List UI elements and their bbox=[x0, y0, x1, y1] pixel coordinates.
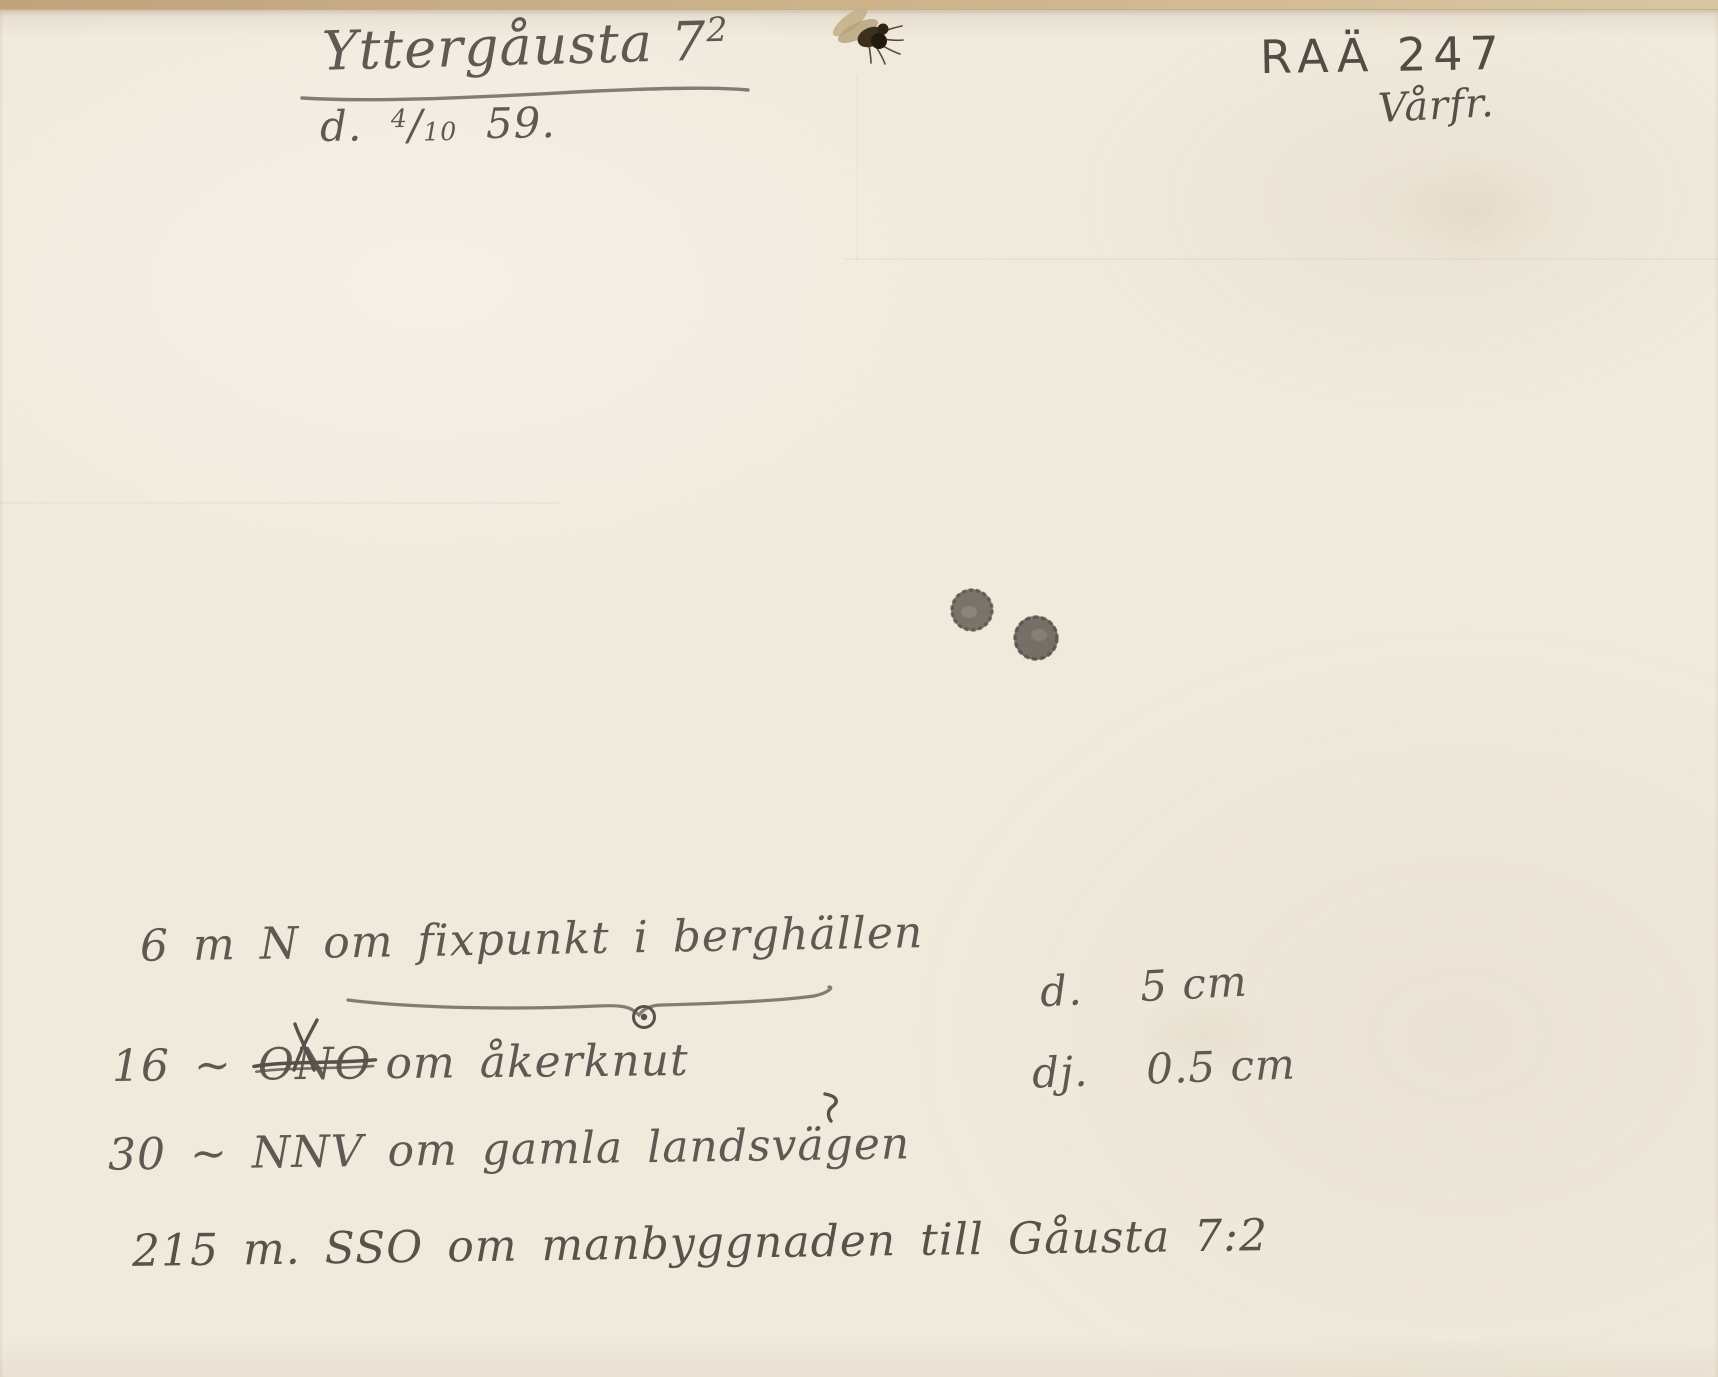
pencil-dot bbox=[951, 589, 993, 631]
note-line-1-underline-mark bbox=[342, 984, 850, 1022]
note-line-3: 30 ~ NNV om gamla landsvägen bbox=[108, 1122, 911, 1177]
scanned-note-page: Yttergåusta 72 d. 4/10 59. RAÄ 247 Vårfr… bbox=[0, 0, 1718, 1377]
date-denominator: 10 bbox=[423, 117, 458, 147]
note-line-1: 6 m N om fixpunkt i berghällen bbox=[140, 911, 924, 969]
paper-crease bbox=[845, 258, 1718, 260]
pencil-dot bbox=[1014, 616, 1058, 660]
paper-crease bbox=[0, 502, 560, 504]
pencil-dot-marks bbox=[938, 582, 1070, 674]
depth-measurement: dj.0.5 cm bbox=[1031, 1043, 1296, 1094]
measurement-gap bbox=[1089, 1084, 1147, 1086]
date-prefix: d. bbox=[320, 101, 363, 151]
caret-mark bbox=[818, 1088, 846, 1126]
date-line: d. 4/10 59. bbox=[320, 102, 556, 148]
paper-crease bbox=[856, 75, 858, 260]
fly-icon bbox=[826, 0, 906, 72]
measurement-gap bbox=[1083, 1001, 1141, 1004]
page-title-text: Yttergåusta 7 bbox=[321, 10, 707, 83]
date-year: 59. bbox=[485, 98, 556, 148]
note-line-2: 16 ~ONOom åkerknut bbox=[112, 1039, 689, 1089]
diameter-value: 5 cm bbox=[1139, 957, 1249, 1012]
parish-abbreviation: Vårfr. bbox=[1377, 83, 1495, 129]
note-line-2-distance: 16 ~ bbox=[112, 1040, 232, 1092]
depth-value: 0.5 cm bbox=[1145, 1039, 1296, 1093]
depth-label: dj. bbox=[1031, 1047, 1089, 1098]
note-line-1-prefix: 6 m N om bbox=[140, 916, 394, 971]
note-line-2-rest: om åkerknut bbox=[385, 1035, 689, 1089]
site-number: RAÄ 247 bbox=[1260, 30, 1507, 80]
note-line-1-underlined: fixpunkt i berghällen bbox=[417, 907, 924, 967]
diameter-measurement: d.5 cm bbox=[1039, 961, 1249, 1014]
page-title: Yttergåusta 72 bbox=[321, 13, 729, 79]
diameter-label: d. bbox=[1039, 965, 1084, 1016]
date-numerator: 4 bbox=[391, 104, 409, 133]
circled-dot-mark bbox=[628, 1002, 660, 1034]
strikeout-x-mark bbox=[282, 1016, 328, 1074]
paper-stain bbox=[1380, 150, 1570, 270]
page-title-superscript: 2 bbox=[706, 10, 729, 50]
